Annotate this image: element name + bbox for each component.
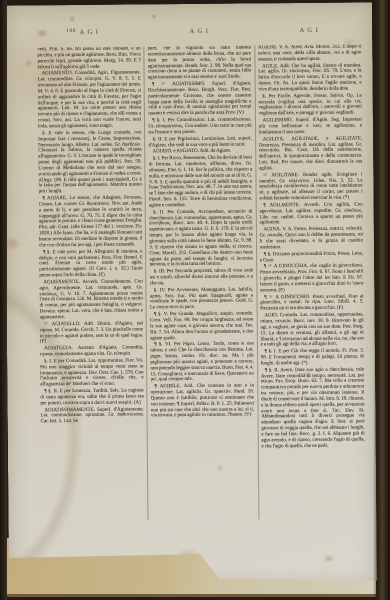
dictionary-entry: ¶ §. II. E per Lentezza, Tardità. Salv. …	[40, 389, 143, 407]
column-middle: pare, che la vignuola sia stata tradotta…	[144, 45, 259, 520]
dictionary-entry: ¶ §. I. E per Ciò che regge il mondo. Fr…	[261, 349, 364, 367]
dictionary-entry: AGILE. Add. Che ha agilità, Destro di me…	[258, 63, 362, 93]
dictionary-entry: pare, che la vignuola sia stata tradotta…	[148, 45, 252, 81]
page-header: 108 A G I A G I A G I	[34, 26, 364, 39]
dictionary-entry: §. III. Per Seconda proprietà, talora di…	[150, 269, 253, 287]
dictionary-entry: §. II. Per Comodo, Accomodato, acconcio …	[149, 209, 253, 268]
dictionary-entry: §. IV. Per Avvenente, Maneggiato. Lat. h…	[150, 287, 254, 311]
dictionary-entry: ¶ §. V. Per Grande, Magnifico, ampio, co…	[150, 312, 254, 342]
book-scan: 108 A G I A G I A G I vedi. Plin. S. 66.…	[0, 0, 390, 600]
dictionary-entry: AGIATO, e ASGIATO. Add. da Agiare.	[149, 149, 252, 156]
dictionary-entry: ¶ AGILMENTE. Avverb. Con agilità, Con ag…	[259, 202, 363, 226]
dictionary-entry: ¶ ☞ AGIATISSIMO. Superl. d'Agiato, Ricch…	[148, 82, 252, 118]
dictionary-entry: ¶ §. Diciamo proporzionalità Forza, Poss…	[260, 251, 363, 264]
dictionary-entry: AGIAMENTO. Comodità, Agio. Figuratamente…	[38, 71, 142, 130]
dictionary-entry: ☞ AGILITARE. Render agile, Sciogliere i …	[259, 172, 363, 202]
dictionary-page: 108 A G I A G I A G I vedi. Plin. S. 66.…	[4, 2, 377, 589]
dictionary-entry: ☞ AGIATELLO. Add. Dimin. d'Agiato, nel r…	[40, 321, 144, 345]
dictionary-entry: ¶ AGIARE. Lo stesso, che Adagiare, Ferma…	[39, 196, 143, 249]
dictionary-entry: §. I. Per Ricco, Benestante, Che ha dovi…	[149, 156, 253, 209]
dictionary-entry: ¶ §. I. Per Comodissimo. Lat. commodissi…	[148, 118, 251, 136]
dictionary-entry: AGIATISSIMAMENTE. Superl. d'Agiatamente.…	[40, 407, 143, 425]
dictionary-entry: AGIERE. V. A. Aiere, Aria. Morell. 312. …	[258, 44, 361, 62]
dictionary-entry: ¶ AGIBILE. Add. Che consiste in atto e i…	[151, 384, 255, 420]
dictionary-entry: AGIATAMENTE. Avverb. Comodamente, Con ag…	[39, 279, 143, 321]
dictionary-entry: AGILITÀ, AGILITADE, e AGILITATE. Destrez…	[259, 136, 363, 172]
dictionary-entry: vedi. Plin. S. 66. Mi parea un otre rato…	[37, 46, 141, 70]
dictionary-entry: ¶ §. VI. Per Pigro, Lento, Tardo, come s…	[150, 342, 254, 384]
running-head-1: A G I	[34, 28, 144, 39]
dictionary-entry: ¶ §. E vale prov. per M. Allegrarsi di m…	[39, 249, 143, 279]
book-right-edge	[373, 0, 390, 600]
dictionary-entry: ¶ ☞ A GINOCCHIO. Posto avverbial. Fino a…	[260, 294, 363, 312]
dictionary-entry: AGINA. V. A. Fretta, Prestezza, nutrici,…	[260, 227, 364, 251]
dictionary-entry: AGILISSIMO. Superl. d'Agile. Seg. Import…	[259, 118, 362, 136]
dictionary-entry: §. E vale lo stesso, che Luogo comodo, o…	[38, 130, 142, 195]
dictionary-entry: AGIATEZZA. Astratto d'Agiato, Comodità, …	[40, 346, 143, 359]
dictionary-entry: §. I. E per Comodità. Lat. opportunitas.…	[40, 358, 144, 388]
book-left-edge	[0, 0, 7, 600]
dictionary-entry: AGIO. Comodo. Lat. commoditas, opportuni…	[260, 313, 364, 349]
column-right: AGIERE. V. A. Aiere, Aria. Morell. 312. …	[255, 44, 368, 519]
page-number: 108	[66, 28, 76, 34]
dictionary-entry: §. Per Facile, Agevole, Presto. Salvin. …	[258, 93, 362, 117]
running-head-2: A G I	[144, 27, 254, 38]
dictionary-entry: ¶ ☞ A GINOCCHIA, che vaglia In ginocchio…	[260, 264, 364, 294]
dictionary-entry: ¶ §. II. Avere, Dare suo agio a checches…	[261, 367, 365, 450]
dictionary-entry: §. II. E per Pigrissimo, Lentissimo. Let…	[148, 136, 251, 149]
column-left: vedi. Plin. S. 66. Mi parea un otre rato…	[34, 46, 147, 521]
running-head-3: A G I	[254, 26, 364, 37]
text-columns: vedi. Plin. S. 66. Mi parea un otre rato…	[34, 44, 368, 521]
